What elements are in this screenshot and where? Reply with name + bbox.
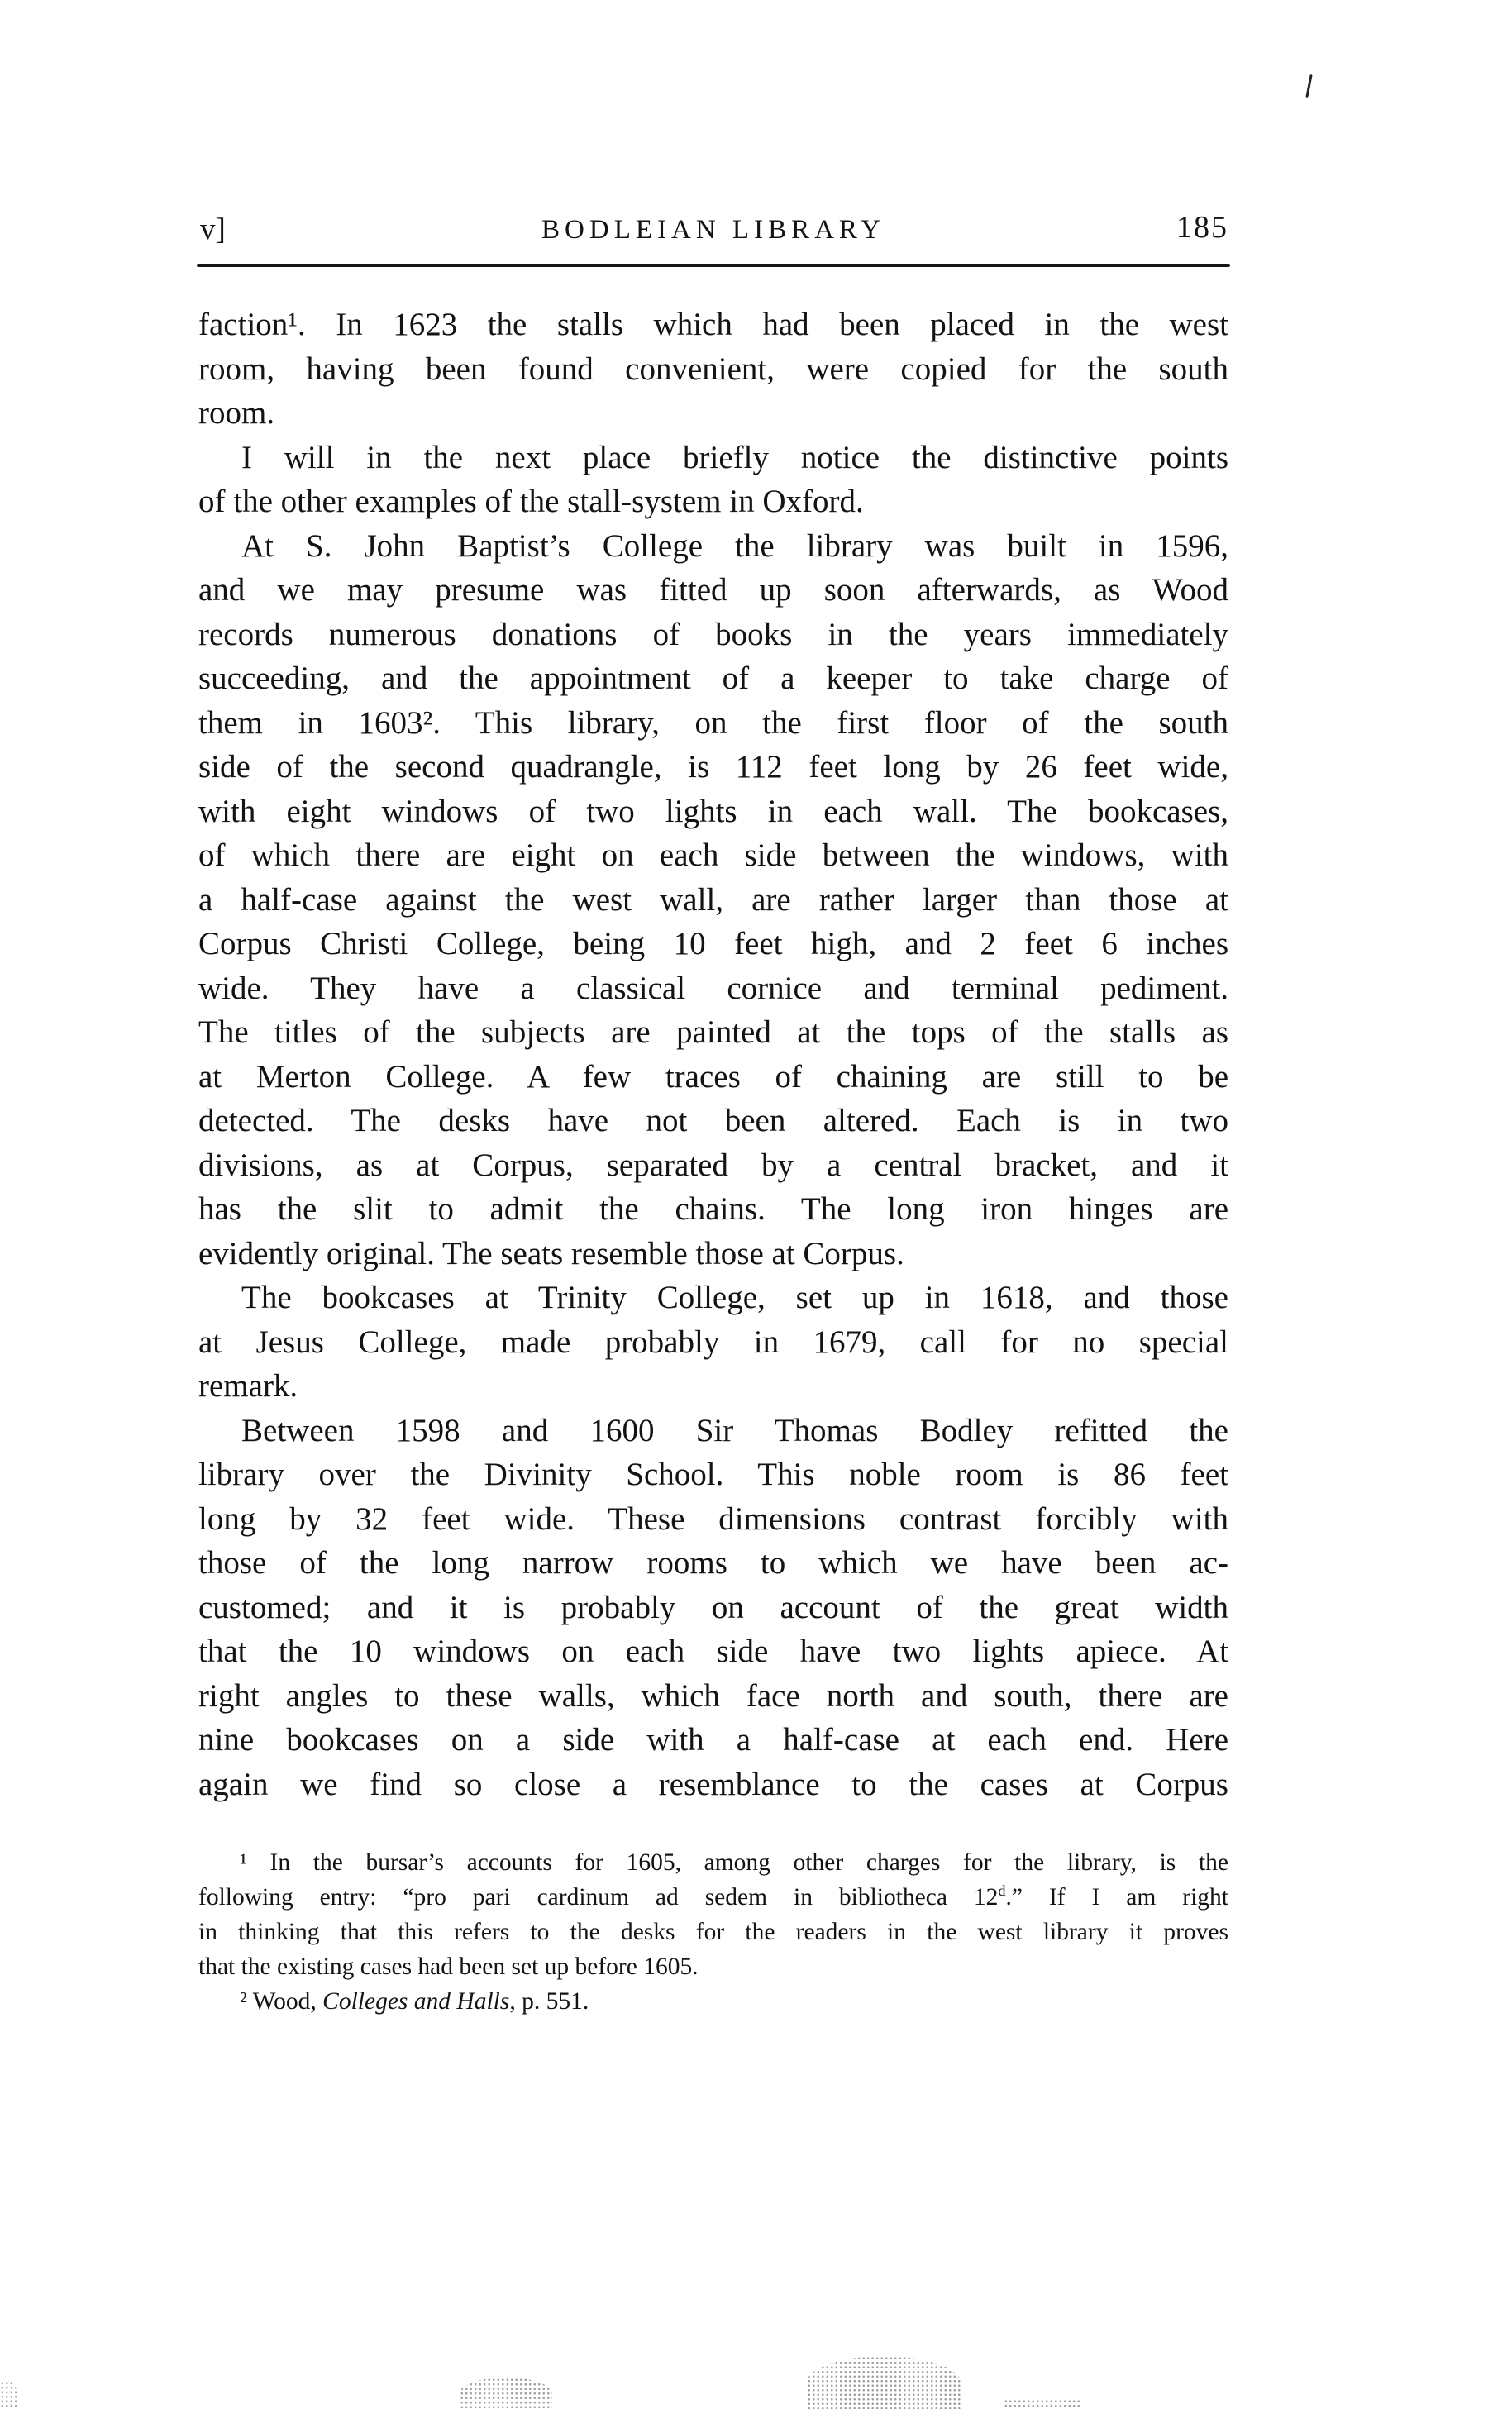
body-line: The titles of the subjects are painted a…: [198, 1010, 1228, 1055]
page-title: BODLEIAN LIBRARY: [198, 215, 1228, 246]
page-number: 185: [1176, 209, 1228, 246]
scan-speckle: [807, 2356, 961, 2409]
body-line: at Merton College. A few traces of chain…: [198, 1055, 1228, 1100]
body-line: At S. John Baptist’s College the library…: [198, 524, 1228, 569]
body-line: remark.: [198, 1364, 1228, 1409]
body-line: The bookcases at Trinity College, set up…: [198, 1276, 1228, 1320]
body-line: again we find so close a resemblance to …: [198, 1763, 1228, 1807]
running-head: v] BODLEIAN LIBRARY 185: [198, 205, 1228, 251]
footnote-line: ¹ In the bursar’s accounts for 1605, amo…: [198, 1845, 1228, 1880]
body-line: divisions, as at Corpus, separated by a …: [198, 1143, 1228, 1188]
header-rule: [197, 264, 1230, 267]
body-line: has the slit to admit the chains. The lo…: [198, 1187, 1228, 1232]
footnote-line: ² Wood, Colleges and Halls, p. 551.: [198, 1984, 1228, 2019]
body-line: records numerous donations of books in t…: [198, 613, 1228, 657]
body-line: at Jesus College, made probably in 1679,…: [198, 1320, 1228, 1365]
scan-mark: [1305, 74, 1312, 98]
scan-speckle: [0, 2381, 18, 2409]
body-line: evidently original. The seats resemble t…: [198, 1232, 1228, 1276]
body-line: of which there are eight on each side be…: [198, 833, 1228, 878]
scan-speckle: [460, 2378, 552, 2409]
body-line: Corpus Christi College, being 10 feet hi…: [198, 922, 1228, 966]
book-page: v] BODLEIAN LIBRARY 185 faction¹. In 162…: [0, 0, 1512, 2409]
footnote-text: following entry: “pro pari cardinum ad s…: [198, 1884, 998, 1911]
body-line: a half-case against the west wall, are r…: [198, 878, 1228, 923]
body-line: them in 1603². This library, on the firs…: [198, 701, 1228, 746]
body-line: library over the Divinity School. This n…: [198, 1453, 1228, 1497]
superscript-d: d: [998, 1882, 1005, 1899]
footnotes: ¹ In the bursar’s accounts for 1605, amo…: [198, 1845, 1228, 2019]
body-line: customed; and it is probably on account …: [198, 1586, 1228, 1630]
body-line: nine bookcases on a side with a half-cas…: [198, 1718, 1228, 1763]
body-line: side of the second quadrangle, is 112 fe…: [198, 745, 1228, 789]
book-title: Colleges and Halls: [322, 1988, 509, 2015]
body-line: those of the long narrow rooms to which …: [198, 1541, 1228, 1586]
body-line: wide. They have a classical cornice and …: [198, 966, 1228, 1011]
footnote-line: that the existing cases had been set up …: [198, 1949, 1228, 1984]
body-line: and we may presume was fitted up soon af…: [198, 568, 1228, 613]
body-line: Between 1598 and 1600 Sir Thomas Bodley …: [198, 1409, 1228, 1453]
body-line: long by 32 feet wide. These dimensions c…: [198, 1497, 1228, 1542]
body-line: detected. The desks have not been altere…: [198, 1099, 1228, 1143]
body-line: of the other examples of the stall-syste…: [198, 479, 1228, 524]
body-line: that the 10 windows on each side have tw…: [198, 1629, 1228, 1674]
body-line: faction¹. In 1623 the stalls which had b…: [198, 303, 1228, 347]
body-line: room, having been found convenient, were…: [198, 347, 1228, 392]
footnote-text: , p. 551.: [509, 1988, 589, 2015]
body-line: with eight windows of two lights in each…: [198, 789, 1228, 834]
body-line: right angles to these walls, which face …: [198, 1674, 1228, 1719]
body-text: faction¹. In 1623 the stalls which had b…: [198, 303, 1228, 1806]
body-line: succeeding, and the appointment of a kee…: [198, 656, 1228, 701]
footnote-line: in thinking that this refers to the desk…: [198, 1915, 1228, 1949]
footnote-line: following entry: “pro pari cardinum ad s…: [198, 1880, 1228, 1915]
body-line: I will in the next place briefly notice …: [198, 436, 1228, 480]
body-line: room.: [198, 391, 1228, 436]
footnote-text: .” If I am right: [1006, 1884, 1228, 1911]
scan-speckle: [1004, 2399, 1081, 2408]
footnote-text: ² Wood,: [240, 1988, 322, 2015]
